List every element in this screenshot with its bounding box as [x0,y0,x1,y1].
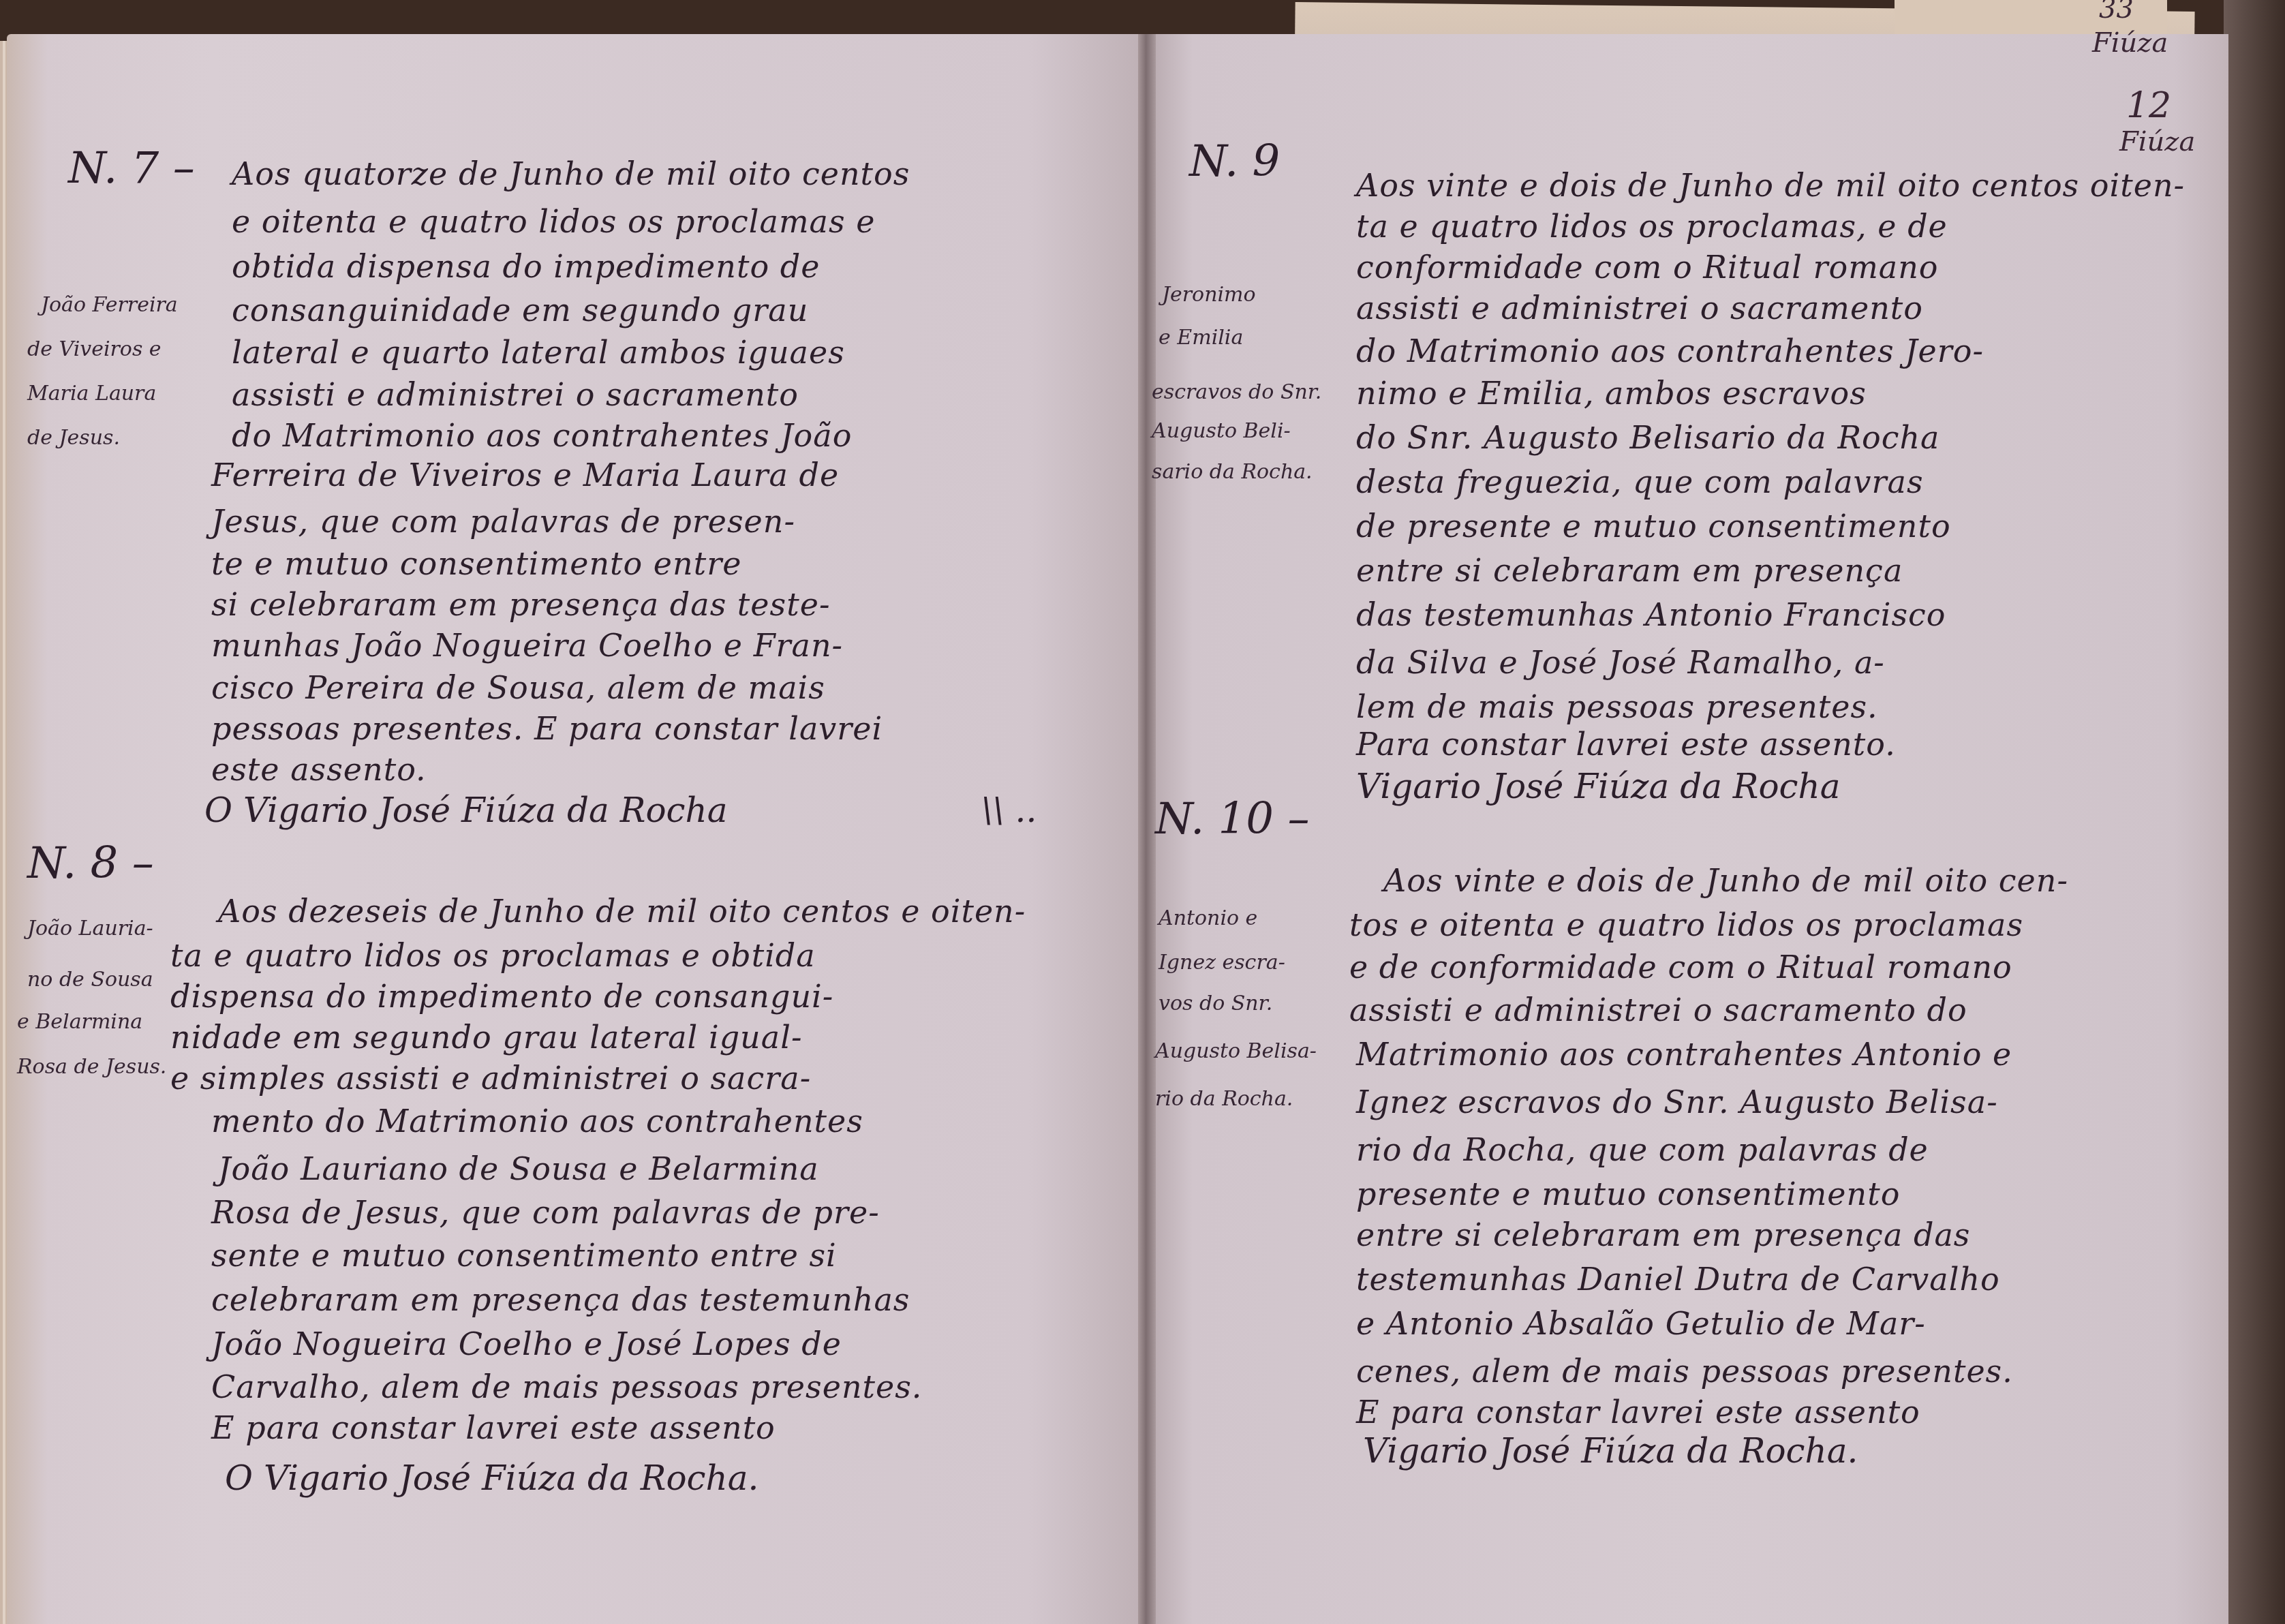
text-line: tos e oitenta e quatro lidos os proclama… [1349,906,2023,943]
text-line: cenes, alem de mais pessoas presentes. [1356,1353,2013,1390]
text-line: e de conformidade com o Ritual romano [1349,949,2012,985]
margin-note-line: Antonio e [1159,906,1257,930]
text-line: das testemunhas Antonio Francisco [1356,596,1946,633]
entry-number: N. 9 [1189,136,1280,187]
text-line: si celebraram em presença das teste- [211,586,830,623]
text-line: Jesus, que com palavras de presen- [211,503,795,540]
text-line: e Antonio Absalão Getulio de Mar- [1356,1305,1926,1342]
signature-mark: \\ .. [981,791,1037,830]
slip-label: Fiúza [2092,27,2168,59]
text-line: presente e mutuo consentimento [1356,1176,1900,1212]
text-line: ta e quatro lidos os proclamas e obtida [170,937,816,974]
priest-signature: O Vigario José Fiúza da Rocha. [225,1458,758,1498]
text-line: celebraram em presença das testemunhas [211,1281,910,1318]
margin-note-line: Rosa de Jesus. [17,1055,166,1079]
margin-note-line: Jeronimo [1162,283,1256,307]
margin-note-line: rio da Rocha. [1155,1087,1293,1111]
priest-signature: O Vigario José Fiúza da Rocha [204,791,728,830]
text-line: lateral e quarto lateral ambos iguaes [232,334,845,371]
text-line: lem de mais pessoas presentes. [1356,688,1878,725]
text-line: Matrimonio aos contrahentes Antonio e [1356,1036,2012,1073]
text-line: te e mutuo consentimento entre [211,545,741,582]
text-line: E para constar lavrei este assento [1356,1394,1920,1430]
text-line: entre si celebraram em presença [1356,552,1903,589]
text-line: entre si celebraram em presença das [1356,1216,1970,1253]
text-line: Ignez escravos do Snr. Augusto Belisa- [1356,1084,1998,1120]
text-line: ta e quatro lidos os proclamas, e de [1356,208,1948,245]
text-line: nidade em segundo grau lateral igual- [170,1019,802,1056]
margin-note-line: João Lauria- [27,917,153,940]
folio-label: Fiúza [2119,126,2195,157]
margin-note-line: de Jesus. [27,426,120,450]
text-line: E para constar lavrei este assento [211,1409,776,1446]
text-line: cisco Pereira de Sousa, alem de mais [211,669,825,706]
text-line: Aos quatorze de Junho de mil oito centos [232,155,910,192]
text-line: da Silva e José José Ramalho, a- [1356,644,1885,681]
margin-note-line: Maria Laura [27,382,156,405]
text-line: de presente e mutuo consentimento [1356,508,1951,545]
text-line: conformidade com o Ritual romano [1356,249,1939,286]
open-register-book: 33 Fiúza 12 Fiúza N. 7 – João Ferreira d… [0,0,2285,1624]
margin-note-line: e Emilia [1159,326,1243,350]
text-line: Para constar lavrei este assento. [1356,726,1896,763]
text-line: desta freguezia, que com palavras [1356,463,1924,500]
text-line: Aos vinte e dois de Junho de mil oito ce… [1383,862,2068,899]
text-line: dispensa do impedimento de consangui- [170,978,833,1015]
text-line: consanguinidade em segundo grau [232,292,808,328]
text-line: João Nogueira Coelho e José Lopes de [211,1326,842,1362]
margin-note-line: João Ferreira [41,293,178,317]
text-line: e oitenta e quatro lidos os proclamas e [232,203,876,240]
text-line: do Matrimonio aos contrahentes João [232,417,852,454]
text-line: assisti e administrei o sacramento do [1349,992,1967,1028]
text-line: assisti e administrei o sacramento [1356,290,1923,326]
margin-note-line: no de Sousa [27,968,153,992]
text-line: Aos dezeseis de Junho de mil oito centos… [218,893,1026,930]
slip-number: 33 [2099,0,2134,25]
entry-number: N. 10 – [1155,794,1309,844]
text-line: e simples assisti e administrei o sacra- [170,1060,811,1097]
text-line: do Matrimonio aos contrahentes Jero- [1356,333,1984,369]
text-line: Carvalho, alem de mais pessoas presentes… [211,1368,922,1405]
text-line: João Lauriano de Sousa e Belarmina [218,1150,819,1187]
priest-signature: Vigario José Fiúza da Rocha. [1363,1431,1858,1471]
text-line: mento do Matrimonio aos contrahentes [211,1103,863,1139]
margin-note-line: escravos do Snr. [1152,380,1321,404]
text-line: nimo e Emilia, ambos escravos [1356,375,1867,412]
entry-number: N. 8 – [27,838,154,889]
folio-number: 12 [2126,85,2171,126]
margin-note-line: Augusto Belisa- [1155,1039,1317,1063]
text-line: munhas João Nogueira Coelho e Fran- [211,627,843,664]
margin-note-line: e Belarmina [17,1010,142,1034]
text-line: testemunhas Daniel Dutra de Carvalho [1356,1261,2000,1298]
book-spine-gutter [1138,34,1156,1624]
entry-number: N. 7 – [68,143,195,194]
margin-note-line: Ignez escra- [1159,951,1285,975]
margin-note-line: vos do Snr. [1159,992,1272,1015]
text-line: Ferreira de Viveiros e Maria Laura de [211,457,839,493]
text-line: obtida dispensa do impedimento de [232,248,820,285]
background-edge [2224,0,2285,1624]
margin-note-line: de Viveiros e [27,337,162,361]
text-line: do Snr. Augusto Belisario da Rocha [1356,419,1940,456]
margin-note-line: sario da Rocha. [1152,460,1313,484]
text-line: Rosa de Jesus, que com palavras de pre- [211,1194,880,1231]
text-line: sente e mutuo consentimento entre si [211,1237,837,1274]
text-line: este assento. [211,751,427,788]
margin-note-line: Augusto Beli- [1152,419,1291,443]
text-line: assisti e administrei o sacramento [232,376,799,413]
priest-signature: Vigario José Fiúza da Rocha [1356,767,1841,806]
text-line: Aos vinte e dois de Junho de mil oito ce… [1356,167,2185,204]
text-line: rio da Rocha, que com palavras de [1356,1131,1929,1168]
text-line: pessoas presentes. E para constar lavrei [211,710,883,747]
